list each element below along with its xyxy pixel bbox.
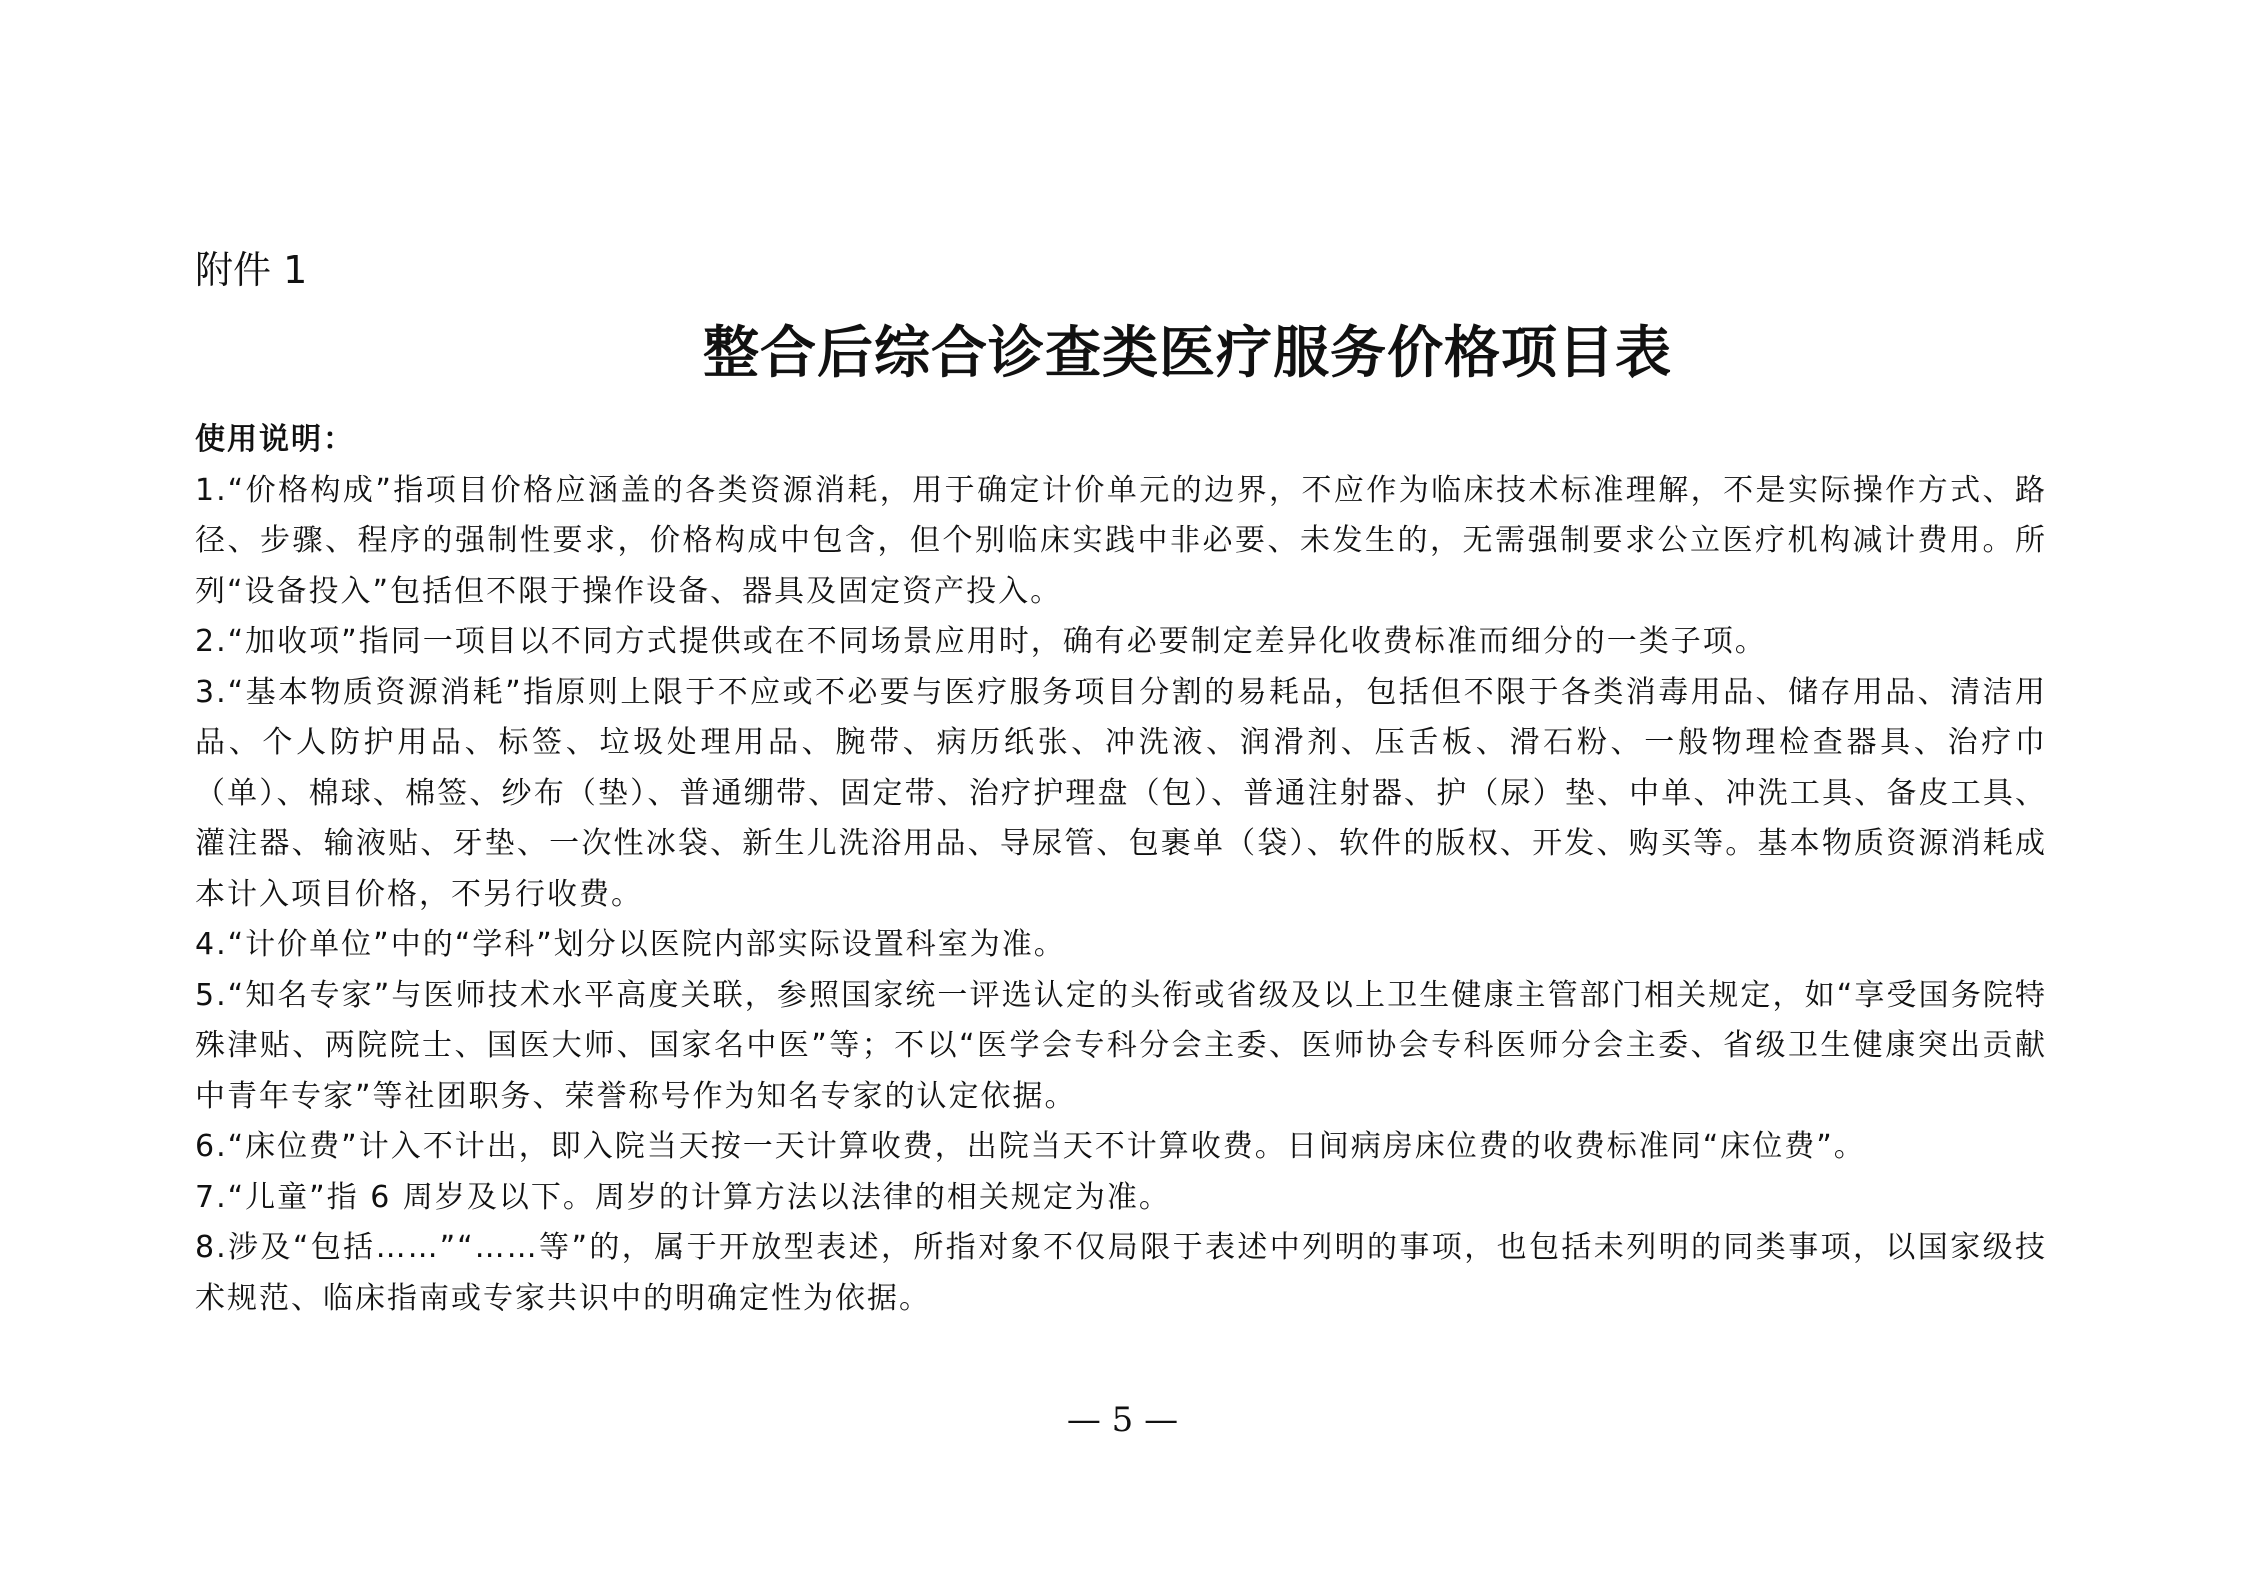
document-title: 整合后综合诊查类医疗服务价格项目表 [0, 318, 2245, 390]
instruction-item-2: 2.“加收项”指同一项目以不同方式提供或在不同场景应用时，确有必要制定差异化收费… [195, 617, 2047, 668]
instruction-item-3: 3.“基本物质资源消耗”指原则上限于不应或不必要与医疗服务项目分割的易耗品，包括… [195, 668, 2047, 921]
page-number: — 5 — [0, 1395, 2245, 1445]
attachment-label: 附件 1 [195, 245, 307, 295]
instruction-item-6: 6.“床位费”计入不计出，即入院当天按一天计算收费，出院当天不计算收费。日间病房… [195, 1122, 2047, 1173]
instruction-item-1: 1.“价格构成”指项目价格应涵盖的各类资源消耗，用于确定计价单元的边界，不应作为… [195, 466, 2047, 618]
instructions-heading: 使用说明： [195, 415, 2047, 466]
instruction-item-4: 4.“计价单位”中的“学科”划分以医院内部实际设置科室为准。 [195, 920, 2047, 971]
instruction-item-8: 8.涉及“包括……”“……等”的，属于开放型表述，所指对象不仅局限于表述中列明的… [195, 1223, 2047, 1324]
instruction-item-7: 7.“儿童”指 6 周岁及以下。周岁的计算方法以法律的相关规定为准。 [195, 1173, 2047, 1224]
instructions-section: 使用说明： 1.“价格构成”指项目价格应涵盖的各类资源消耗，用于确定计价单元的边… [195, 415, 2047, 1324]
instruction-item-5: 5.“知名专家”与医师技术水平高度关联，参照国家统一评选认定的头衔或省级及以上卫… [195, 971, 2047, 1123]
